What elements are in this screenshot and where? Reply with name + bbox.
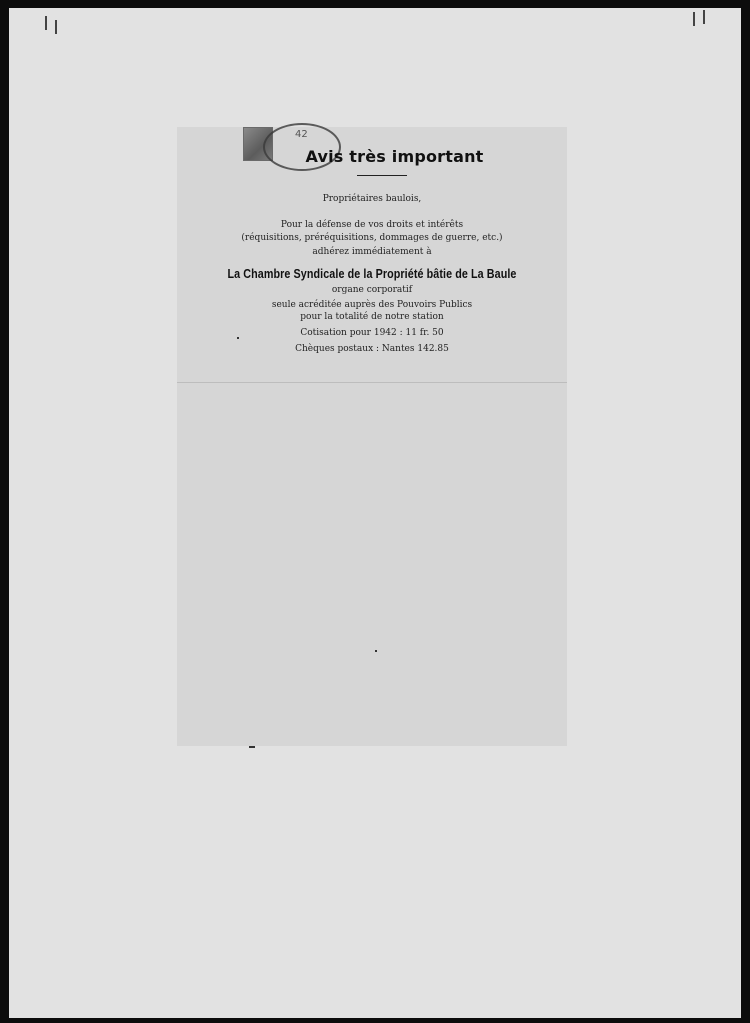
document-title: Avis très important — [177, 147, 567, 166]
body-line-3: adhérez immédiatement à — [177, 247, 567, 257]
organization-name: La Chambre Syndicale de la Propriété bât… — [204, 267, 539, 281]
dust-speck — [375, 650, 377, 652]
dust-speck — [249, 746, 255, 748]
body-line-2: (réquisitions, préréquisitions, dommages… — [177, 233, 567, 243]
org-line-1: organe corporatif — [177, 285, 567, 295]
dust-speck — [237, 337, 239, 339]
salutation: Propriétaires baulois, — [177, 194, 567, 204]
registration-mark — [703, 10, 705, 24]
registration-mark — [45, 16, 47, 30]
org-line-2: seule acréditée auprès des Pouvoirs Publ… — [177, 300, 567, 310]
fold-line — [177, 382, 567, 383]
registration-mark — [693, 12, 695, 26]
title-underline — [357, 175, 407, 176]
postal-account: Chèques postaux : Nantes 142.85 — [177, 344, 567, 354]
membership-fee: Cotisation pour 1942 : 11 fr. 50 — [177, 328, 567, 338]
document-sheet: 42 Avis très important Propriétaires bau… — [177, 127, 567, 746]
registration-mark — [55, 20, 57, 34]
org-line-3: pour la totalité de notre station — [177, 312, 567, 322]
scan-mount: 42 Avis très important Propriétaires bau… — [9, 8, 741, 1018]
postmark-date: 42 — [295, 129, 308, 140]
body-line-1: Pour la défense de vos droits et intérêt… — [177, 220, 567, 230]
